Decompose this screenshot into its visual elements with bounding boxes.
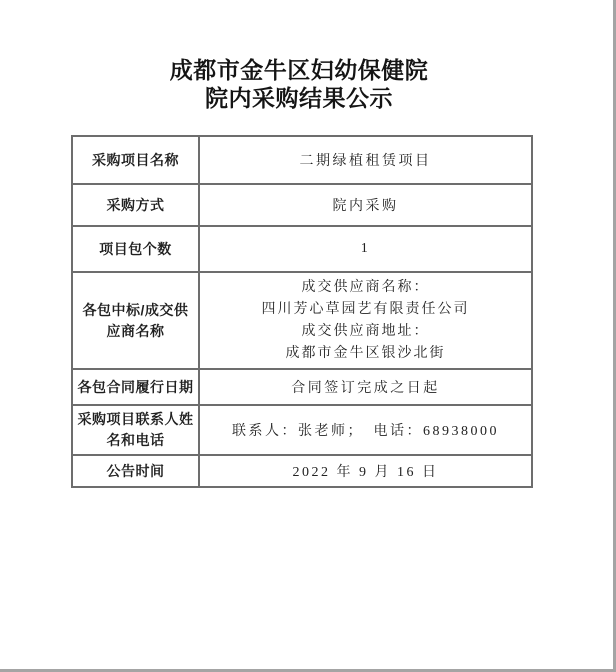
row-project-name: 采购项目名称 二期绿植租赁项目: [72, 136, 532, 184]
value-winning-supplier: 成交供应商名称： 四川芳心草园艺有限责任公司 成交供应商地址： 成都市金牛区银沙…: [199, 272, 532, 369]
value-procurement-method: 院内采购: [199, 184, 532, 226]
row-contact: 采购项目联系人姓名和电话 联系人：张老师； 电话：68938000: [72, 405, 532, 455]
label-announcement-date: 公告时间: [72, 455, 199, 487]
label-winning-supplier: 各包中标/成交供应商名称: [72, 272, 199, 369]
row-procurement-method: 采购方式 院内采购: [72, 184, 532, 226]
document-title-line2: 院内采购结果公示: [0, 85, 598, 113]
label-package-count: 项目包个数: [72, 226, 199, 272]
row-winning-supplier: 各包中标/成交供应商名称 成交供应商名称： 四川芳心草园艺有限责任公司 成交供应…: [72, 272, 532, 369]
row-package-count: 项目包个数 1: [72, 226, 532, 272]
document-page: { "title": { "line1": "成都市金牛区妇幼保健院", "li…: [0, 0, 616, 672]
label-procurement-method: 采购方式: [72, 184, 199, 226]
label-contact: 采购项目联系人姓名和电话: [72, 405, 199, 455]
value-package-count: 1: [199, 226, 532, 272]
row-contract-period: 各包合同履行日期 合同签订完成之日起: [72, 369, 532, 405]
value-contract-period: 合同签订完成之日起: [199, 369, 532, 405]
supplier-address-caption: 成交供应商地址：: [204, 321, 527, 343]
supplier-name-caption: 成交供应商名称：: [204, 277, 527, 299]
procurement-result-table: 采购项目名称 二期绿植租赁项目 采购方式 院内采购 项目包个数 1 各包中标/成…: [71, 135, 533, 488]
label-project-name: 采购项目名称: [72, 136, 199, 184]
value-contact: 联系人：张老师； 电话：68938000: [199, 405, 532, 455]
document-title: 成都市金牛区妇幼保健院 院内采购结果公示: [0, 57, 616, 113]
supplier-name: 四川芳心草园艺有限责任公司: [204, 299, 527, 321]
document-title-line1: 成都市金牛区妇幼保健院: [0, 57, 598, 85]
row-announcement-date: 公告时间 2022 年 9 月 16 日: [72, 455, 532, 487]
value-announcement-date: 2022 年 9 月 16 日: [199, 455, 532, 487]
supplier-address: 成都市金牛区银沙北街: [204, 343, 527, 365]
value-project-name: 二期绿植租赁项目: [199, 136, 532, 184]
label-contract-period: 各包合同履行日期: [72, 369, 199, 405]
